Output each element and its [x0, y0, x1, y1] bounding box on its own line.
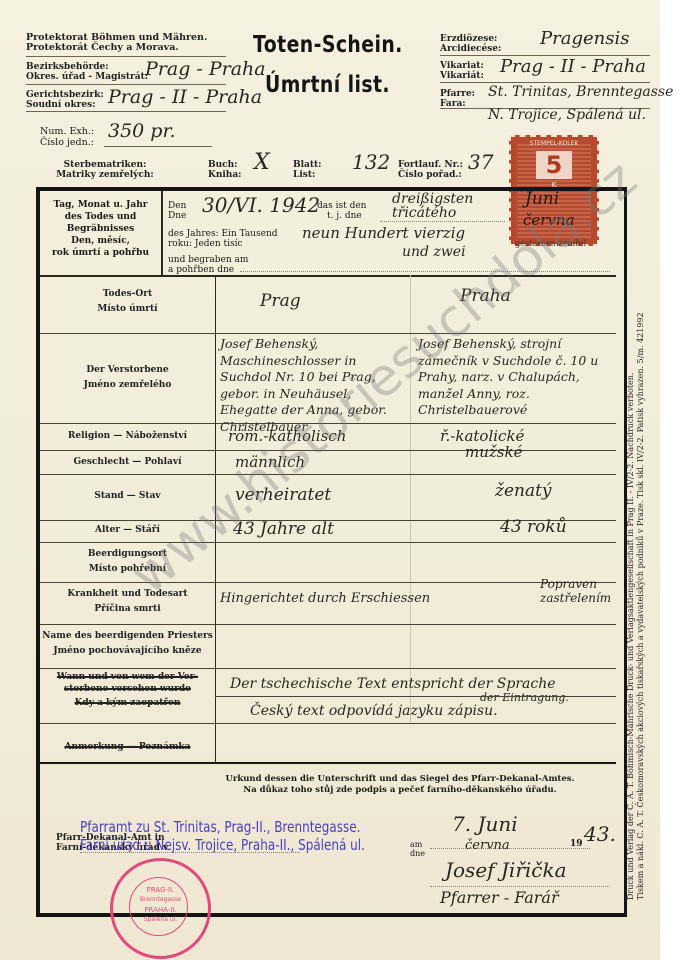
das-ist-label: das ist den t. j. dne — [317, 201, 366, 221]
imprint-de: Druck und Verlag der C. A. T. Böhmisch-M… — [626, 373, 635, 900]
label-de: Den — [168, 201, 186, 211]
printer-imprint: Druck und Verlag der C. A. T. Böhmisch-M… — [626, 300, 646, 900]
seal-line: PRAG-II. — [113, 885, 208, 895]
seal-line: Brenntegasse — [113, 895, 208, 905]
stamp-header: STEMPEL-KOLEK — [511, 140, 597, 147]
label-cz: Jméno zemřelého — [40, 378, 215, 393]
parish-value-1: St. Trinitas, Brenntegasse — [488, 84, 673, 100]
label-de: des Jahres: Ein Tausend — [168, 229, 278, 239]
label-cz: dne — [410, 849, 425, 858]
label-cz: Příčina smrti — [40, 602, 215, 617]
attestation-text: Urkund dessen die Unterschrift und das S… — [180, 774, 620, 796]
priest-label: Name des beerdigenden Priesters Jméno po… — [40, 629, 215, 659]
cause-cz-text: Popraven zastřelením — [530, 577, 616, 605]
court-district-label: Gerichtsbezirk: Soudní okres: — [26, 90, 104, 110]
priest-signature: Josef Jiřička — [445, 858, 567, 882]
label-de: Erzdiözese: — [440, 34, 501, 44]
sheet-label: Blatt: List: — [293, 160, 322, 180]
seal-line: PRAHA-II. — [113, 905, 208, 915]
label-de: das ist den — [317, 201, 366, 211]
label-de: Buch: — [208, 160, 241, 170]
divider — [40, 333, 616, 334]
sheet-value: 132 — [352, 150, 390, 174]
label-cz: Dne — [168, 211, 186, 221]
label-de: Sterbematriken: — [40, 160, 170, 170]
label-line: Begräbnisses — [40, 223, 161, 235]
divider — [40, 762, 616, 764]
remark-label: Anmerkung — Poznámka — [40, 740, 215, 755]
year-label: des Jahres: Ein Tausend roku: Jeden tisí… — [168, 229, 278, 249]
parish-label: Pfarre: Fara: — [440, 89, 475, 109]
vicariate-value: Prag - II - Praha — [500, 56, 646, 77]
serial-label: Fortlauf. Nr.: Číslo pořad.: — [398, 160, 463, 180]
label-cz: Vikariát: — [440, 71, 484, 81]
column-divider — [215, 723, 216, 762]
burial-label: und begraben am a pohřben dne — [168, 255, 248, 275]
label-cz: Kdy a kým zaopatřen — [40, 697, 215, 709]
book-label: Buch: Kniha: — [208, 160, 241, 180]
label-de: Pfarre: — [440, 89, 475, 99]
district-authority-label: Bezirksbehörde: Okres. úřad - Magistrát: — [26, 62, 148, 82]
deceased-label: Der Verstorbene Jméno zemřelého — [40, 363, 215, 393]
parish-round-seal: PRAG-II. Brenntegasse PRAHA-II. Spálená … — [110, 858, 211, 959]
title-cz: Úmrtní list. — [265, 72, 390, 98]
seal-line: Spálená ul. — [113, 915, 208, 925]
cause-of-death-value-de: Hingerichtet durch Erschiessen — [220, 591, 430, 606]
label-de: Name des beerdigenden Priesters — [40, 629, 215, 644]
label-line: rok úmrtí a pohřbu — [40, 247, 161, 259]
label-cz: Jméno pochovávajícího kněze — [40, 644, 215, 659]
dotted-line — [80, 852, 300, 853]
priest-title: Pfarrer - Farář — [440, 888, 559, 907]
death-place-label: Todes-Ort Místo úmrtí — [40, 287, 215, 317]
label-de-1: Wann und von wem der Ver- — [40, 671, 215, 683]
den-label: Den Dne — [168, 201, 186, 221]
label-line: Tag, Monat u. Jahr — [40, 199, 161, 211]
label-cz: Místo úmrtí — [40, 302, 215, 317]
divider — [40, 474, 616, 475]
court-district-value: Prag - II - Praha — [108, 86, 262, 108]
protectorate-cz: Protektorát Čechy a Morava. — [26, 43, 207, 53]
scan-margin — [660, 0, 698, 960]
stamp-value: 5 — [536, 151, 572, 179]
form-grid: Tag, Monat u. Jahr des Todes und Begräbn… — [40, 191, 616, 907]
label-cz: Okres. úřad - Magistrát: — [26, 72, 148, 82]
issue-date-day: 7. Juni — [452, 812, 518, 836]
label-cz: a pohřben dne — [168, 265, 248, 275]
label-de: Fortlauf. Nr.: — [398, 160, 463, 170]
label-de: Der Verstorbene — [40, 363, 215, 378]
serial-value: 37 — [468, 150, 493, 174]
note-line-2: Český text odpovídá jazyku zápisu. — [250, 703, 498, 719]
label-cz: Číslo jedn.: — [40, 137, 94, 148]
label-de: Num. Exh.: — [40, 126, 94, 137]
sex-label: Geschlecht — Pohlaví — [40, 455, 215, 470]
label-de: und begraben am — [168, 255, 248, 265]
age-value-cz: 43 roků — [500, 517, 567, 537]
year-words-2: und zwei — [402, 244, 466, 260]
label-cz: List: — [293, 170, 322, 180]
date-row-label: Tag, Monat u. Jahr des Todes und Begräbn… — [40, 199, 161, 259]
num-exh-label: Num. Exh.: Číslo jedn.: — [40, 126, 94, 148]
archdiocese-value: Pragensis — [540, 28, 629, 49]
signature-line — [430, 886, 610, 887]
archdiocese-label: Erzdiözese: Arcidiecése: — [440, 34, 501, 54]
am-dne-label: am dne — [410, 840, 425, 858]
divider — [26, 56, 226, 57]
religion-label: Religion — Náboženství — [40, 429, 215, 444]
day-word-cz: třicátého — [392, 205, 456, 221]
provision-label: Wann und von wem der Ver- storbene verse… — [40, 671, 215, 709]
death-place-value-de: Prag — [260, 291, 301, 311]
label-cz: Soudní okres: — [26, 100, 104, 110]
vicariate-label: Vikariat: Vikariát: — [440, 61, 484, 81]
label-de: Blatt: — [293, 160, 322, 170]
divider — [215, 696, 616, 697]
label-cz: roku: Jeden tisíc — [168, 239, 278, 249]
num-exh-value: 350 pr. — [108, 120, 176, 142]
label-cz: Číslo pořad.: — [398, 170, 463, 180]
label-line: des Todes und — [40, 211, 161, 223]
label-de: Vikariat: — [440, 61, 484, 71]
divider — [104, 146, 212, 147]
marital-status-value-cz: ženatý — [495, 481, 552, 501]
divider — [40, 723, 616, 724]
label-de: am — [410, 840, 425, 849]
divider — [40, 668, 616, 669]
attestation-de: Urkund dessen die Unterschrift und das S… — [180, 774, 620, 785]
cause-of-death-value-cz: Popraven zastřelením — [530, 577, 616, 605]
district-authority-value: Prag - Praha — [145, 58, 266, 80]
year-suffix: 43. — [584, 822, 616, 846]
label-de-2: storbene versehen wurde — [40, 683, 215, 695]
divider — [440, 82, 650, 83]
dotted-line — [430, 848, 590, 849]
label-cz: Kniha: — [208, 170, 241, 180]
seal-text: PRAG-II. Brenntegasse PRAHA-II. Spálená … — [113, 885, 208, 925]
note-line-1: Der tschechische Text entspricht der Spr… — [230, 676, 556, 692]
imprint-cz: Tiskem a nákl. C. A. T. Českomoravských … — [636, 312, 645, 900]
date-divider — [161, 191, 163, 275]
label-de: Todes-Ort — [40, 287, 215, 302]
label-cz: t. j. dne — [317, 211, 366, 221]
issue-date-month-cz: června — [465, 838, 510, 853]
label-line: Den, měsíc, — [40, 235, 161, 247]
label-de: Bezirksbehörde: — [26, 62, 148, 72]
parish-value-2: N. Trojice, Spálená ul. — [488, 107, 646, 123]
sex-value-cz: mužské — [465, 443, 522, 461]
divider — [40, 542, 616, 543]
label-cz: Matriky zemřelých: — [40, 170, 170, 180]
label-cz: Arcidiecése: — [440, 44, 501, 54]
label-de: Krankheit und Todesart — [40, 587, 215, 602]
cause-of-death-label: Krankheit und Todesart Příčina smrti — [40, 587, 215, 617]
divider — [26, 84, 226, 85]
divider — [26, 111, 226, 112]
title-de: Toten-Schein. — [253, 32, 403, 58]
book-value: X — [254, 150, 270, 175]
label-de: Gerichtsbezirk: — [26, 90, 104, 100]
death-date-value: 30/VI. 1942 — [202, 193, 320, 217]
parish-ink-stamp-line-1: Pfarramt zu St. Trinitas, Prag-II., Bren… — [80, 818, 360, 836]
register-label: Sterbematriken: Matriky zemřelých: — [40, 160, 170, 180]
attestation-cz: Na důkaz toho stůj zde podpis a pečeť fa… — [180, 785, 620, 796]
divider — [40, 624, 616, 625]
year-words-1: neun Hundert vierzig — [302, 224, 465, 242]
dotted-line — [380, 221, 505, 222]
year-prefix: 19 — [570, 839, 583, 849]
protectorate-heading: Protektorat Böhmen und Mähren. Protektor… — [26, 33, 207, 53]
